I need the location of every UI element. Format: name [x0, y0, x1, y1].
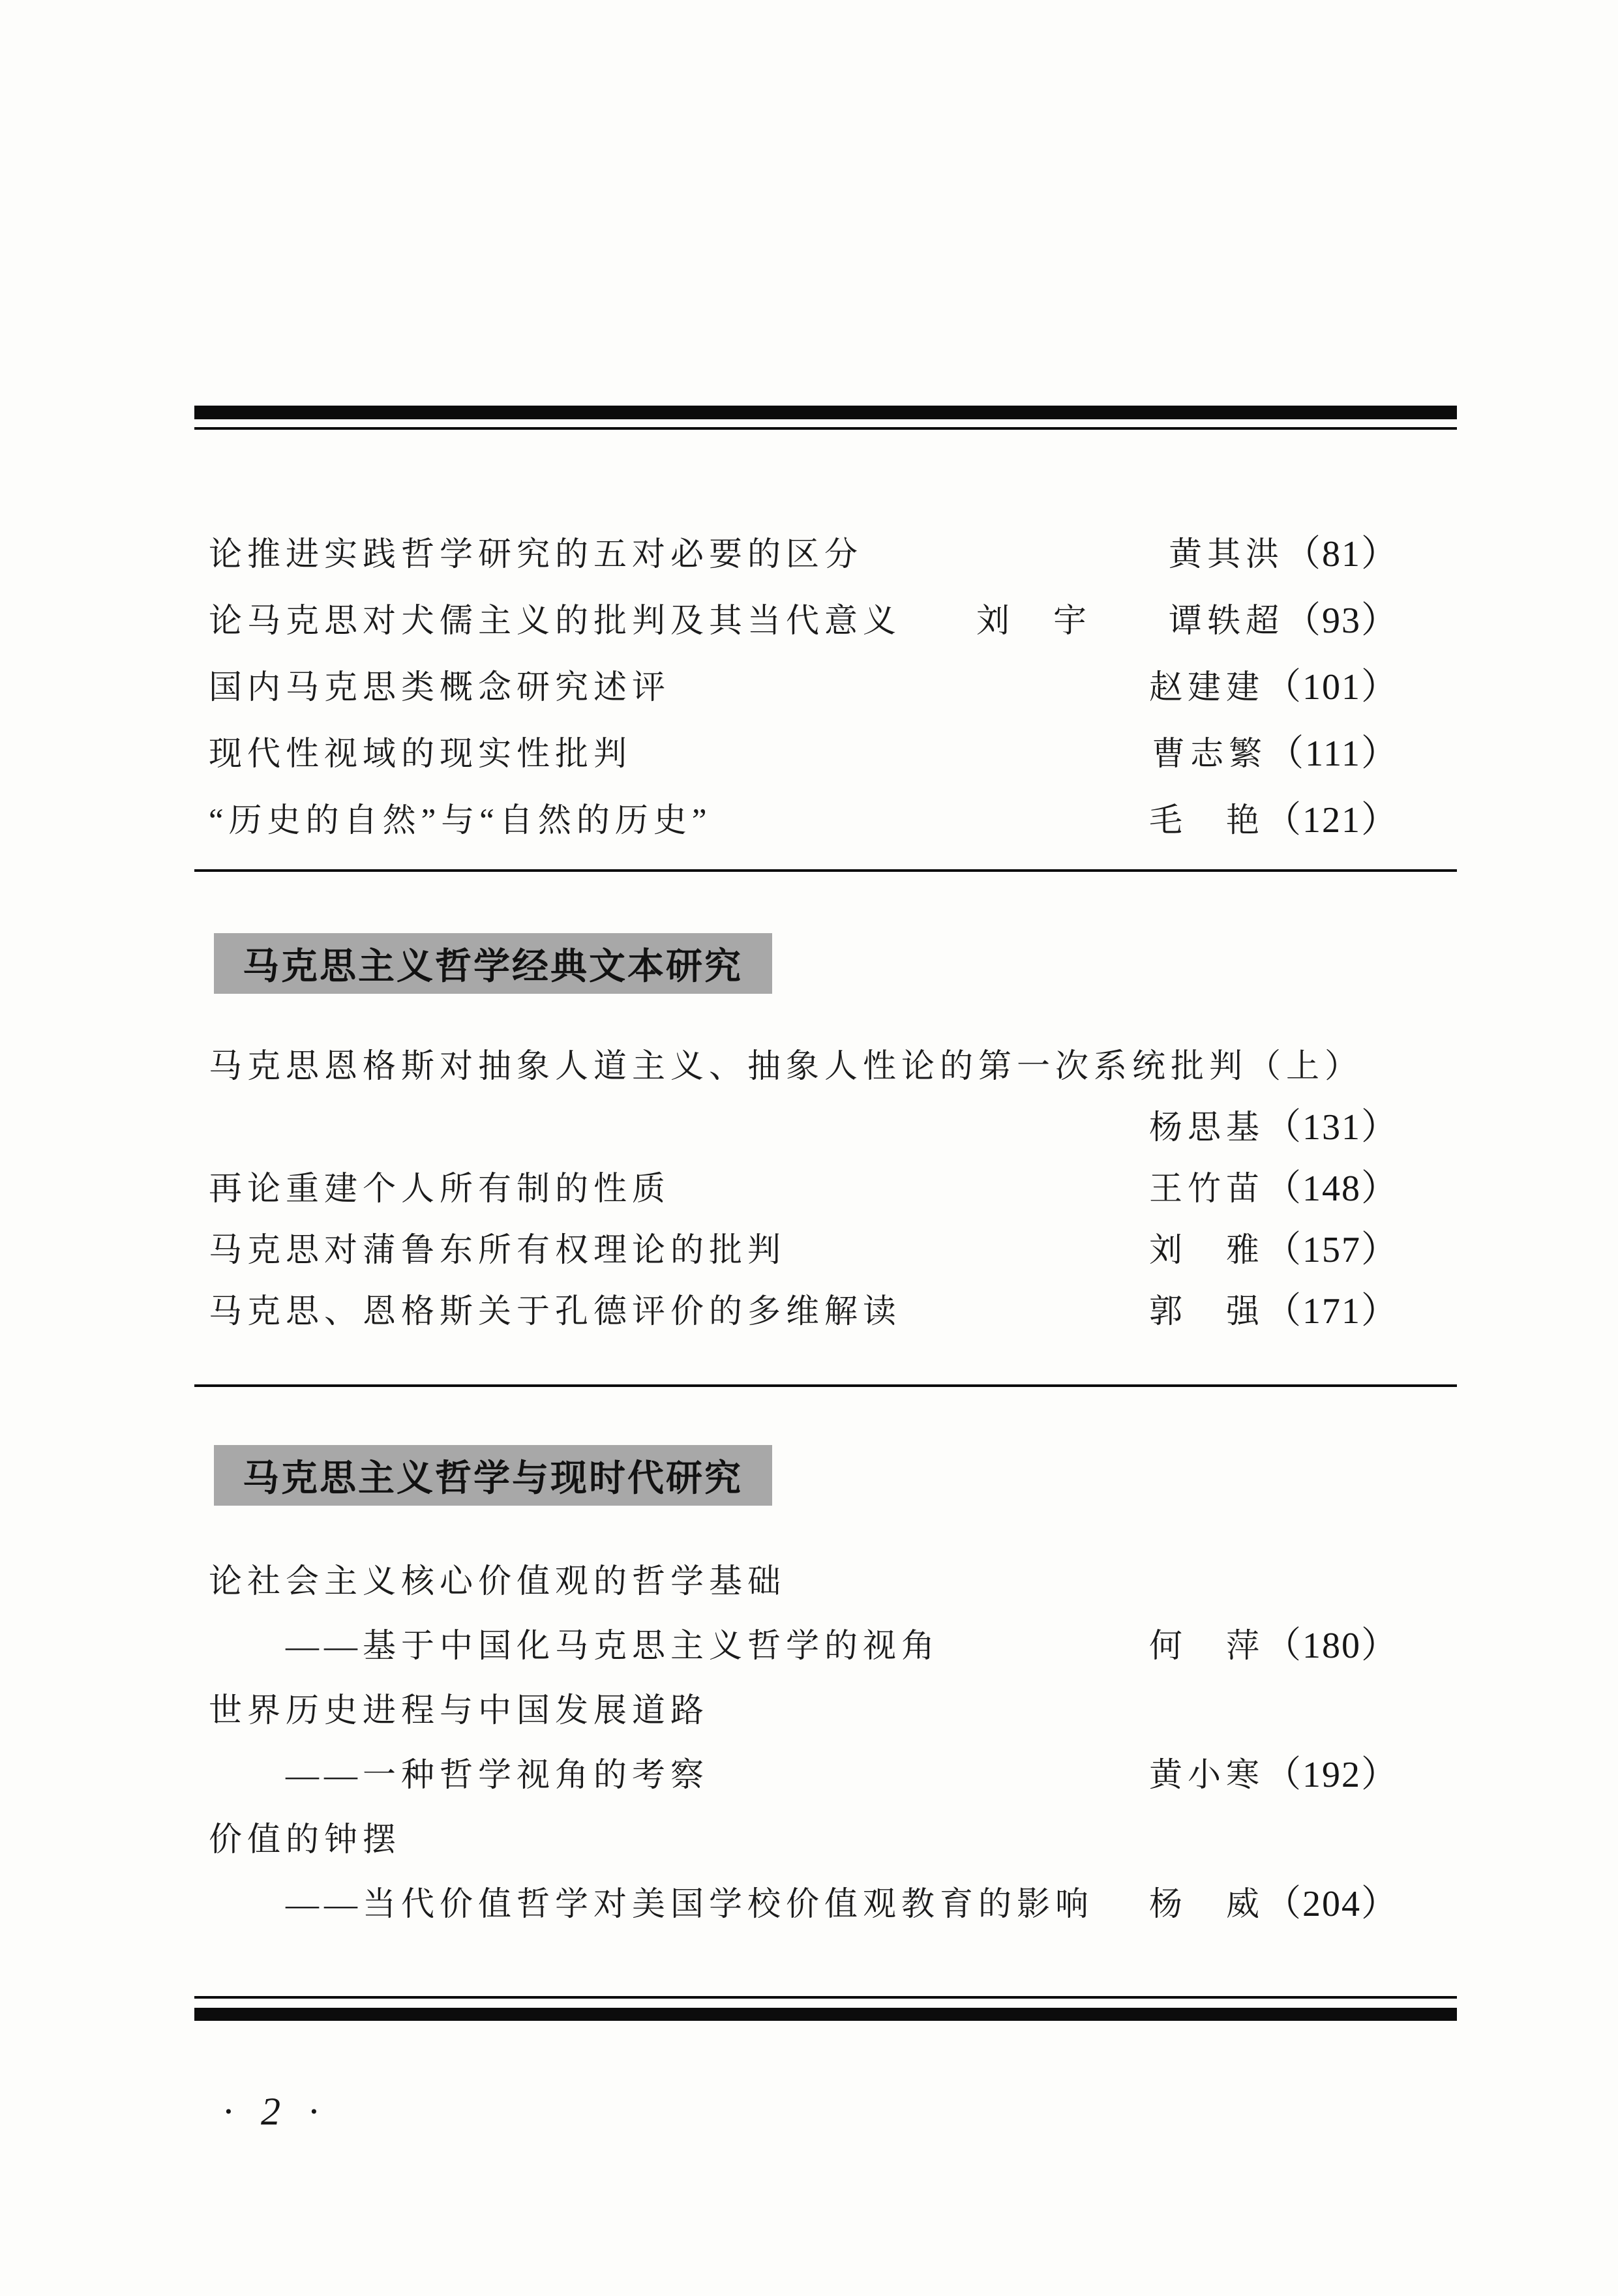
entry-title: 再论重建个人所有制的性质: [209, 1161, 670, 1210]
entry-title: 世界历史进程与中国发展道路: [209, 1683, 709, 1731]
entry-page-number: （101）: [1265, 658, 1399, 710]
entry-page-number: （192）: [1265, 1746, 1399, 1798]
entry-author: 杨思基: [1149, 1100, 1265, 1148]
entry-title: 马克思恩格斯对抽象人道主义、抽象人性论的第一次系统批判（上）: [209, 1039, 1363, 1087]
toc-section-1: 论推进实践哲学研究的五对必要的区分 黄其洪（81） 论马克思对犬儒主义的批判及其…: [209, 518, 1399, 850]
entry-page-number: （180）: [1265, 1617, 1399, 1669]
entry-page-number: （81）: [1284, 525, 1399, 577]
toc-entry: 杨思基（131）: [209, 1094, 1399, 1155]
toc-entry: 国内马克思类概念研究述评 赵建建（101）: [209, 651, 1399, 717]
bottom-rule-thin: [194, 1996, 1457, 1999]
entry-author: 刘 宇 谭轶超: [976, 593, 1284, 642]
entry-page-number: （131）: [1265, 1098, 1399, 1150]
entry-title: ——基于中国化马克思主义哲学的视角: [209, 1618, 940, 1667]
section-header-modern-era: 马克思主义哲学与现时代研究: [214, 1445, 772, 1506]
toc-entry: 马克思、恩格斯关于孔德评价的多维解读 郭 强（171）: [209, 1277, 1399, 1339]
entry-author: 王竹苗: [1149, 1161, 1265, 1210]
toc-entry: 论马克思对犬儒主义的批判及其当代意义 刘 宇 谭轶超（93）: [209, 584, 1399, 651]
entry-author: 曹志繁: [1152, 726, 1267, 775]
entry-author: 刘 雅: [1149, 1223, 1265, 1271]
toc-entry: 马克思对蒲鲁东所有权理论的批判 刘 雅（157）: [209, 1216, 1399, 1277]
entry-page-number: （93）: [1284, 591, 1399, 644]
toc-entry: 现代性视域的现实性批判 曹志繁（111）: [209, 717, 1399, 784]
entry-ref: 杨 威（204）: [1149, 1875, 1399, 1927]
entry-title: 马克思对蒲鲁东所有权理论的批判: [209, 1223, 786, 1271]
entry-title: 论推进实践哲学研究的五对必要的区分: [209, 527, 863, 575]
entry-title: 马克思、恩格斯关于孔德评价的多维解读: [209, 1284, 901, 1332]
entry-title: ——一种哲学视角的考察: [209, 1748, 709, 1796]
toc-entry: “历史的自然”与“自然的历史” 毛 艳（121）: [209, 784, 1399, 850]
entry-page-number: （148）: [1265, 1159, 1399, 1212]
toc-entry: 论推进实践哲学研究的五对必要的区分 黄其洪（81）: [209, 518, 1399, 584]
toc-entry: 马克思恩格斯对抽象人道主义、抽象人性论的第一次系统批判（上）: [209, 1032, 1399, 1094]
entry-title: 价值的钟摆: [209, 1812, 401, 1860]
section-divider-rule-1: [194, 869, 1457, 872]
toc-entry-subtitle: ——一种哲学视角的考察 黄小寒（192）: [209, 1739, 1399, 1804]
entry-ref: 刘 雅（157）: [1149, 1221, 1399, 1273]
toc-entry: 再论重建个人所有制的性质 王竹苗（148）: [209, 1155, 1399, 1216]
entry-title: “历史的自然”与“自然的历史”: [209, 793, 712, 841]
page-number: · 2 ·: [223, 2089, 327, 2134]
entry-title: ——当代价值哲学对美国学校价值观教育的影响: [209, 1877, 1094, 1925]
top-rule-thick: [194, 406, 1457, 419]
entry-author: 毛 艳: [1149, 793, 1265, 841]
entry-author: 郭 强: [1149, 1284, 1265, 1332]
toc-entry-subtitle: ——当代价值哲学对美国学校价值观教育的影响 杨 威（204）: [209, 1868, 1399, 1933]
entry-page-number: （157）: [1265, 1221, 1399, 1273]
toc-section-2: 马克思恩格斯对抽象人道主义、抽象人性论的第一次系统批判（上） 杨思基（131） …: [209, 1032, 1399, 1339]
entry-author: 何 萍: [1149, 1618, 1265, 1667]
entry-ref: 何 萍（180）: [1149, 1617, 1399, 1669]
entry-author: 黄其洪: [1169, 527, 1284, 575]
bottom-rule-thick: [194, 2008, 1457, 2021]
toc-section-3: 论社会主义核心价值观的哲学基础 ——基于中国化马克思主义哲学的视角 何 萍（18…: [209, 1545, 1399, 1933]
entry-ref: 毛 艳（121）: [1149, 791, 1399, 843]
entry-title: 国内马克思类概念研究述评: [209, 660, 670, 708]
entry-ref: 曹志繁（111）: [1152, 724, 1399, 777]
entry-title: 论马克思对犬儒主义的批判及其当代意义: [209, 593, 901, 642]
entry-author: 赵建建: [1149, 660, 1265, 708]
section-header-classic-texts: 马克思主义哲学经典文本研究: [214, 933, 772, 994]
entry-title: 论社会主义核心价值观的哲学基础: [209, 1554, 786, 1602]
entry-ref: 杨思基（131）: [1149, 1098, 1399, 1150]
entry-page-number: （171）: [1265, 1282, 1399, 1334]
entry-ref: 赵建建（101）: [1149, 658, 1399, 710]
entry-page-number: （121）: [1265, 791, 1399, 843]
entry-page-number: （111）: [1267, 724, 1399, 777]
entry-author: 杨 威: [1149, 1877, 1265, 1925]
toc-entry-subtitle: ——基于中国化马克思主义哲学的视角 何 萍（180）: [209, 1610, 1399, 1675]
toc-entry: 论社会主义核心价值观的哲学基础: [209, 1545, 1399, 1610]
section-divider-rule-2: [194, 1384, 1457, 1387]
toc-entry: 价值的钟摆: [209, 1804, 1399, 1868]
entry-ref: 黄其洪（81）: [1169, 525, 1399, 577]
top-rule-thin: [194, 427, 1457, 430]
entry-ref: 王竹苗（148）: [1149, 1159, 1399, 1212]
entry-ref: 郭 强（171）: [1149, 1282, 1399, 1334]
toc-page: 论推进实践哲学研究的五对必要的区分 黄其洪（81） 论马克思对犬儒主义的批判及其…: [0, 0, 1618, 2296]
entry-ref: 刘 宇 谭轶超（93）: [976, 591, 1399, 644]
entry-title: 现代性视域的现实性批判: [209, 726, 632, 775]
entry-page-number: （204）: [1265, 1875, 1399, 1927]
entry-author: 黄小寒: [1149, 1748, 1265, 1796]
toc-entry: 世界历史进程与中国发展道路: [209, 1675, 1399, 1739]
entry-ref: 黄小寒（192）: [1149, 1746, 1399, 1798]
